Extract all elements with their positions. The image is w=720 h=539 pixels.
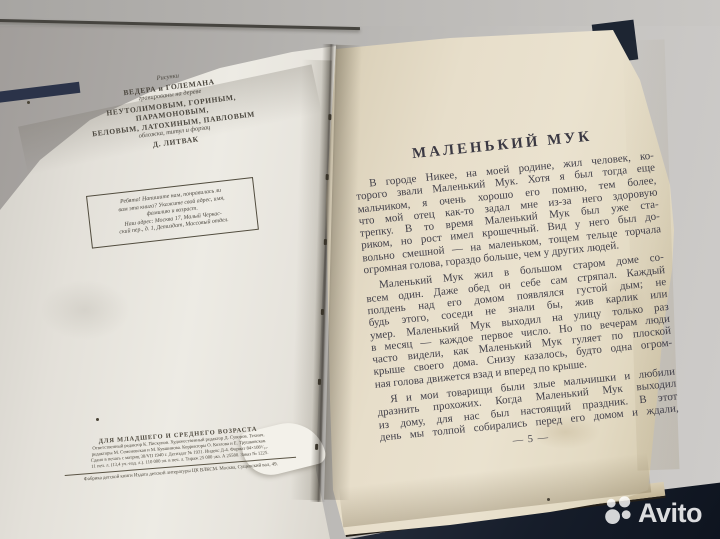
photo-of-open-book: Рисунки ВЕДЕРА и ГОЛЕМАНА гравированы на… <box>0 0 720 539</box>
paper-speck <box>27 101 30 104</box>
story-text-block: МАЛЕНЬКИЙ МУК В городе Никее, на моей ро… <box>352 123 681 460</box>
stitch-mark <box>315 444 318 450</box>
paper-speck <box>96 418 99 421</box>
avito-logo-icon <box>604 495 635 531</box>
stitch-mark <box>328 114 331 120</box>
stitch-mark <box>318 379 321 385</box>
avito-watermark: Avito <box>604 495 702 531</box>
paper-speck <box>547 498 550 501</box>
stitch-mark <box>326 174 329 180</box>
paper-stain <box>40 280 130 340</box>
stitch-mark <box>321 309 324 315</box>
avito-wordmark: Avito <box>638 498 702 528</box>
stitch-mark <box>324 239 327 245</box>
book-cover-edge-top-left <box>0 82 80 103</box>
